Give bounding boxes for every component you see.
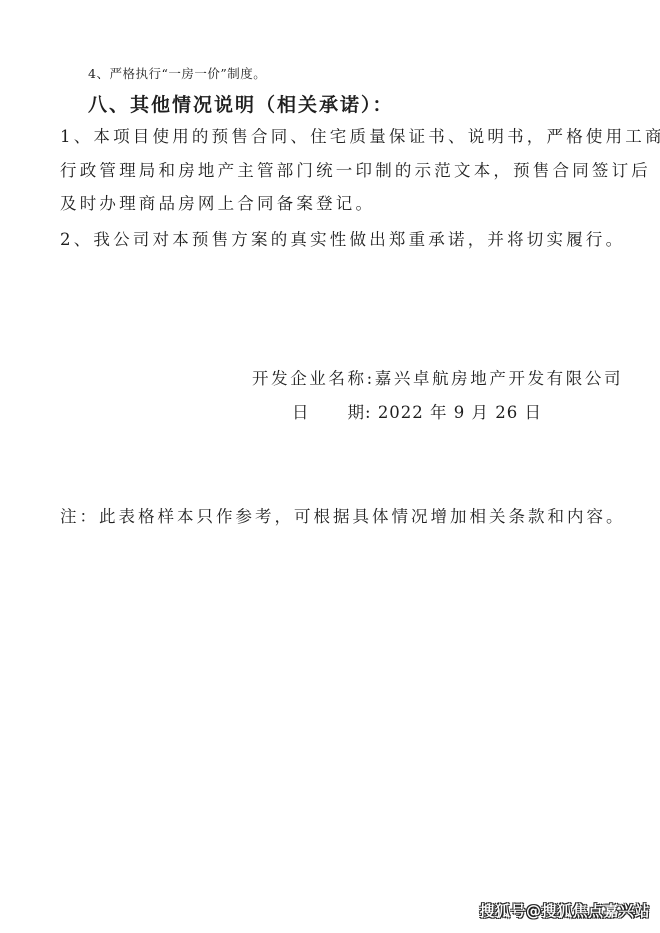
developer-label: 开发企业名称:: [252, 369, 375, 388]
date-line: 日期: 2022 年 9 月 26 日: [292, 399, 542, 423]
item-4: 4、严格执行“一房一价”制度。: [88, 64, 266, 82]
footnote: 注：此表格样本只作参考，可根据具体情况增加相关条款和内容。: [60, 503, 626, 527]
developer-signature: 开发企业名称:嘉兴卓航房地产开发有限公司: [252, 365, 623, 389]
watermark: 搜狐号@搜狐焦点嘉兴站: [479, 900, 650, 921]
date-label-2: 期:: [348, 403, 372, 422]
paragraph-1-line-1: 1、本项目使用的预售合同、住宅质量保证书、说明书，严格使用工商: [60, 123, 660, 147]
section-heading: 八、其他情况说明（相关承诺）：: [88, 90, 394, 117]
date-label-1: 日: [292, 403, 310, 422]
paragraph-1-line-3: 及时办理商品房网上合同备案登记。: [60, 190, 375, 214]
paragraph-1-line-2: 行政管理局和房地产主管部门统一印制的示范文本，预售合同签订后: [60, 157, 651, 181]
paragraph-2: 2、我公司对本预售方案的真实性做出郑重承诺，并将切实履行。: [60, 226, 625, 250]
date-value: 2022 年 9 月 26 日: [378, 403, 542, 422]
developer-name: 嘉兴卓航房地产开发有限公司: [375, 369, 623, 388]
